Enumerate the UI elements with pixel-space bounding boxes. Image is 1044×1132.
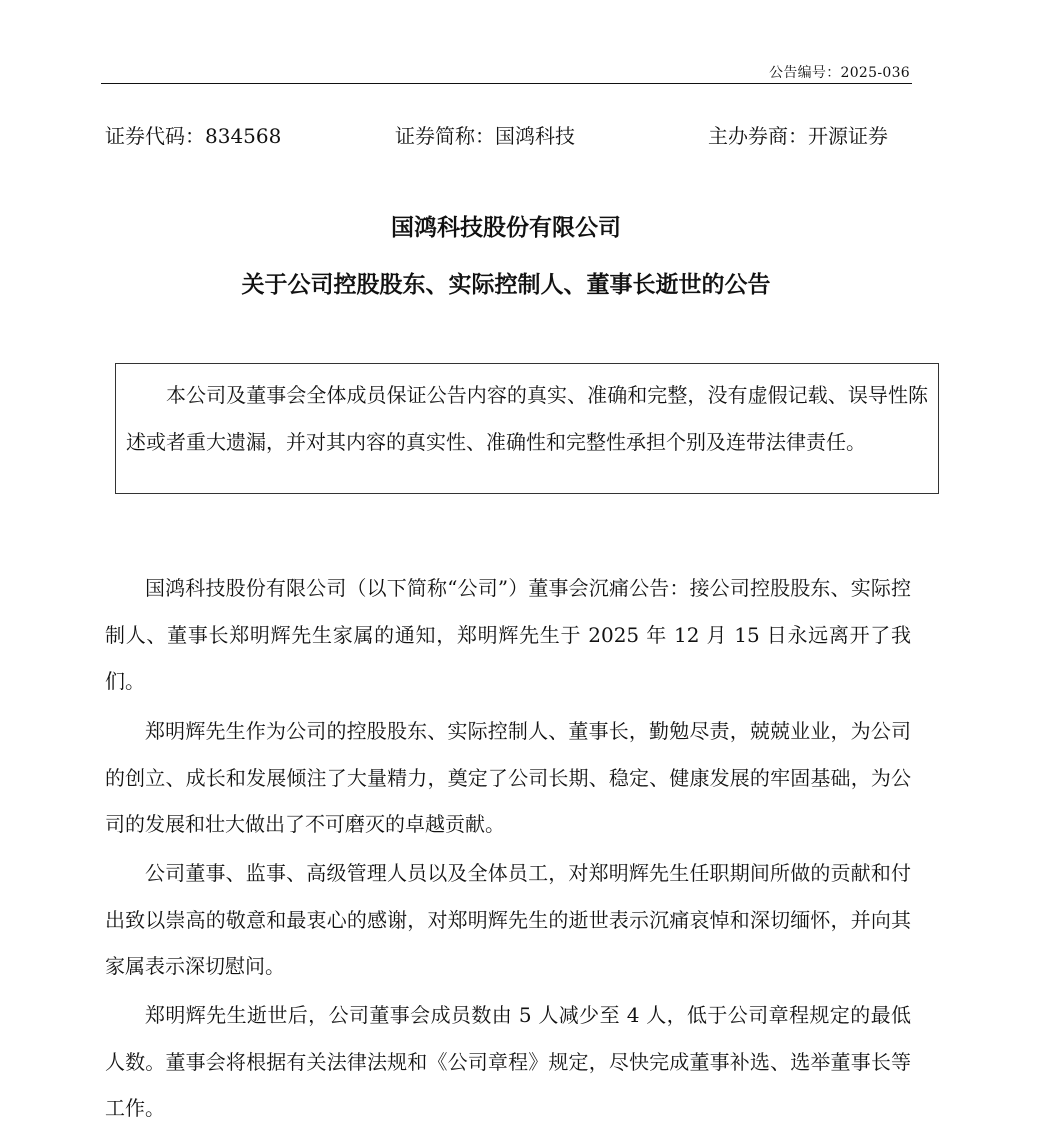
announcement-number: 公告编号：2025-036: [769, 62, 910, 82]
paragraph-text: 郑明辉先生逝世后，公司董事会成员数由 5 人减少至 4 人，低于公司章程规定的最…: [105, 992, 911, 1132]
body-paragraph-3: 公司董事、监事、高级管理人员以及全体员工，对郑明辉先生任职期间所做的贡献和付出致…: [105, 850, 911, 990]
disclaimer-box: 本公司及董事会全体成员保证公告内容的真实、准确和完整，没有虚假记载、误导性陈述或…: [115, 363, 939, 494]
paragraph-text: 国鸿科技股份有限公司（以下简称“公司”）董事会沉痛公告：接公司控股股东、实际控制…: [105, 565, 911, 705]
sponsor-broker: 主办券商：开源证券: [708, 120, 888, 149]
company-title: 国鸿科技股份有限公司: [0, 209, 1012, 242]
security-code: 证券代码：834568: [105, 120, 281, 149]
security-info-row: 证券代码：834568 证券简称：国鸿科技 主办券商：开源证券: [105, 120, 925, 150]
announcement-title: 关于公司控股股东、实际控制人、董事长逝世的公告: [0, 266, 1012, 299]
header-rule: [101, 83, 912, 84]
paragraph-text: 郑明辉先生作为公司的控股股东、实际控制人、董事长，勤勉尽责，兢兢业业，为公司的创…: [105, 708, 911, 848]
body-paragraph-4: 郑明辉先生逝世后，公司董事会成员数由 5 人减少至 4 人，低于公司章程规定的最…: [105, 992, 911, 1132]
body-paragraph-1: 国鸿科技股份有限公司（以下简称“公司”）董事会沉痛公告：接公司控股股东、实际控制…: [105, 565, 911, 705]
body-paragraph-2: 郑明辉先生作为公司的控股股东、实际控制人、董事长，勤勉尽责，兢兢业业，为公司的创…: [105, 708, 911, 848]
paragraph-text: 公司董事、监事、高级管理人员以及全体员工，对郑明辉先生任职期间所做的贡献和付出致…: [105, 850, 911, 990]
security-abbreviation: 证券简称：国鸿科技: [395, 120, 575, 149]
